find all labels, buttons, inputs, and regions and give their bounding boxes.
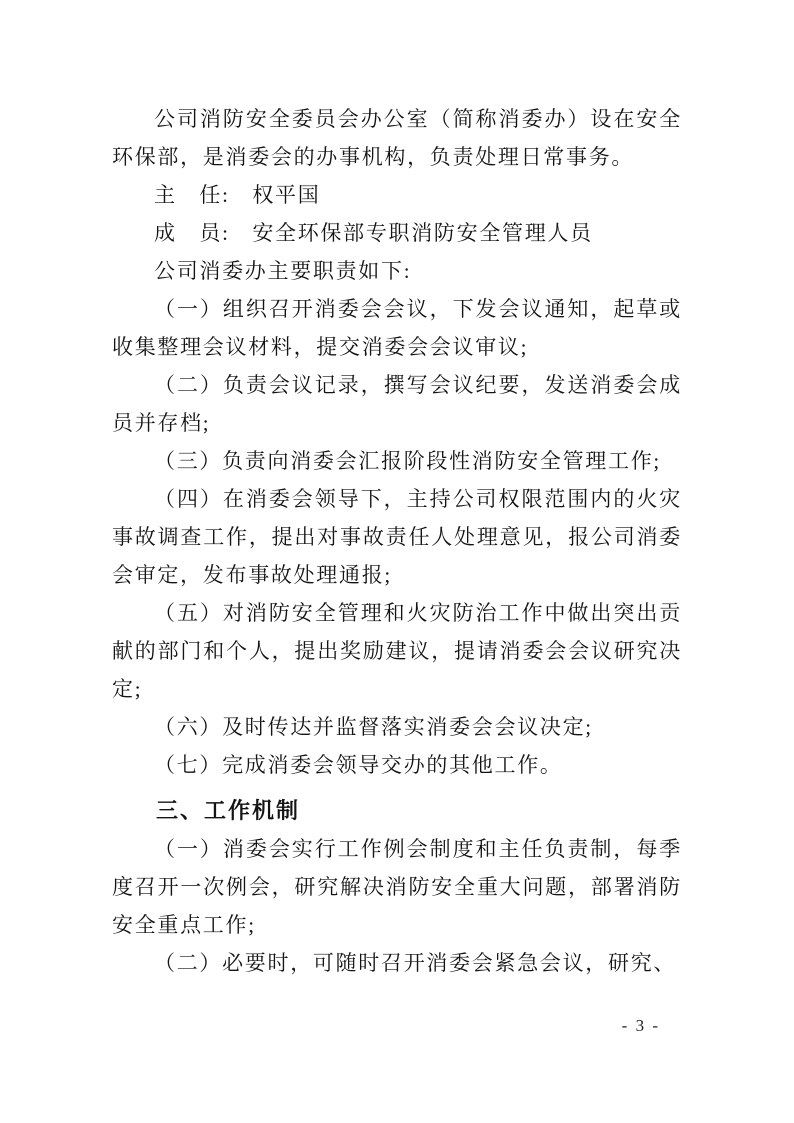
paragraph-duty-2: （二）负责会议记录，撰写会议纪要，发送消委会成员并存档; xyxy=(112,366,682,442)
paragraph-duty-5: （五）对消防安全管理和火灾防治工作中做出突出贡献的部门和个人，提出奖励建议，提请… xyxy=(112,594,682,708)
document-body: 公司消防安全委员会办公室（简称消委办）设在安全环保部，是消委会的办事机构，负责处… xyxy=(112,100,682,982)
paragraph-duty-6: （六）及时传达并监督落实消委会会议决定; xyxy=(112,708,682,746)
page-number: - 3 - xyxy=(0,1016,660,1036)
paragraph-members: 成 员: 安全环保部专职消防安全管理人员 xyxy=(112,214,682,252)
paragraph-duty-3: （三）负责向消委会汇报阶段性消防安全管理工作; xyxy=(112,442,682,480)
paragraph-mechanism-1: （一）消委会实行工作例会制度和主任负责制，每季度召开一次例会，研究解决消防安全重… xyxy=(112,830,682,944)
paragraph-duty-7: （七）完成消委会领导交办的其他工作。 xyxy=(112,746,682,784)
paragraph-intro: 公司消防安全委员会办公室（简称消委办）设在安全环保部，是消委会的办事机构，负责处… xyxy=(112,100,682,176)
paragraph-duty-4: （四）在消委会领导下，主持公司权限范围内的火灾事故调查工作，提出对事故责任人处理… xyxy=(112,480,682,594)
paragraph-duty-1: （一）组织召开消委会会议，下发会议通知，起草或收集整理会议材料，提交消委会会议审… xyxy=(112,290,682,366)
document-page: 公司消防安全委员会办公室（简称消委办）设在安全环保部，是消委会的办事机构，负责处… xyxy=(0,0,794,1123)
paragraph-duties-lead: 公司消委办主要职责如下: xyxy=(112,252,682,290)
paragraph-mechanism-2: （二）必要时，可随时召开消委会紧急会议，研究、 xyxy=(112,944,682,982)
section-heading-work-mechanism: 三、工作机制 xyxy=(112,792,682,830)
paragraph-director: 主 任: 权平国 xyxy=(112,176,682,214)
